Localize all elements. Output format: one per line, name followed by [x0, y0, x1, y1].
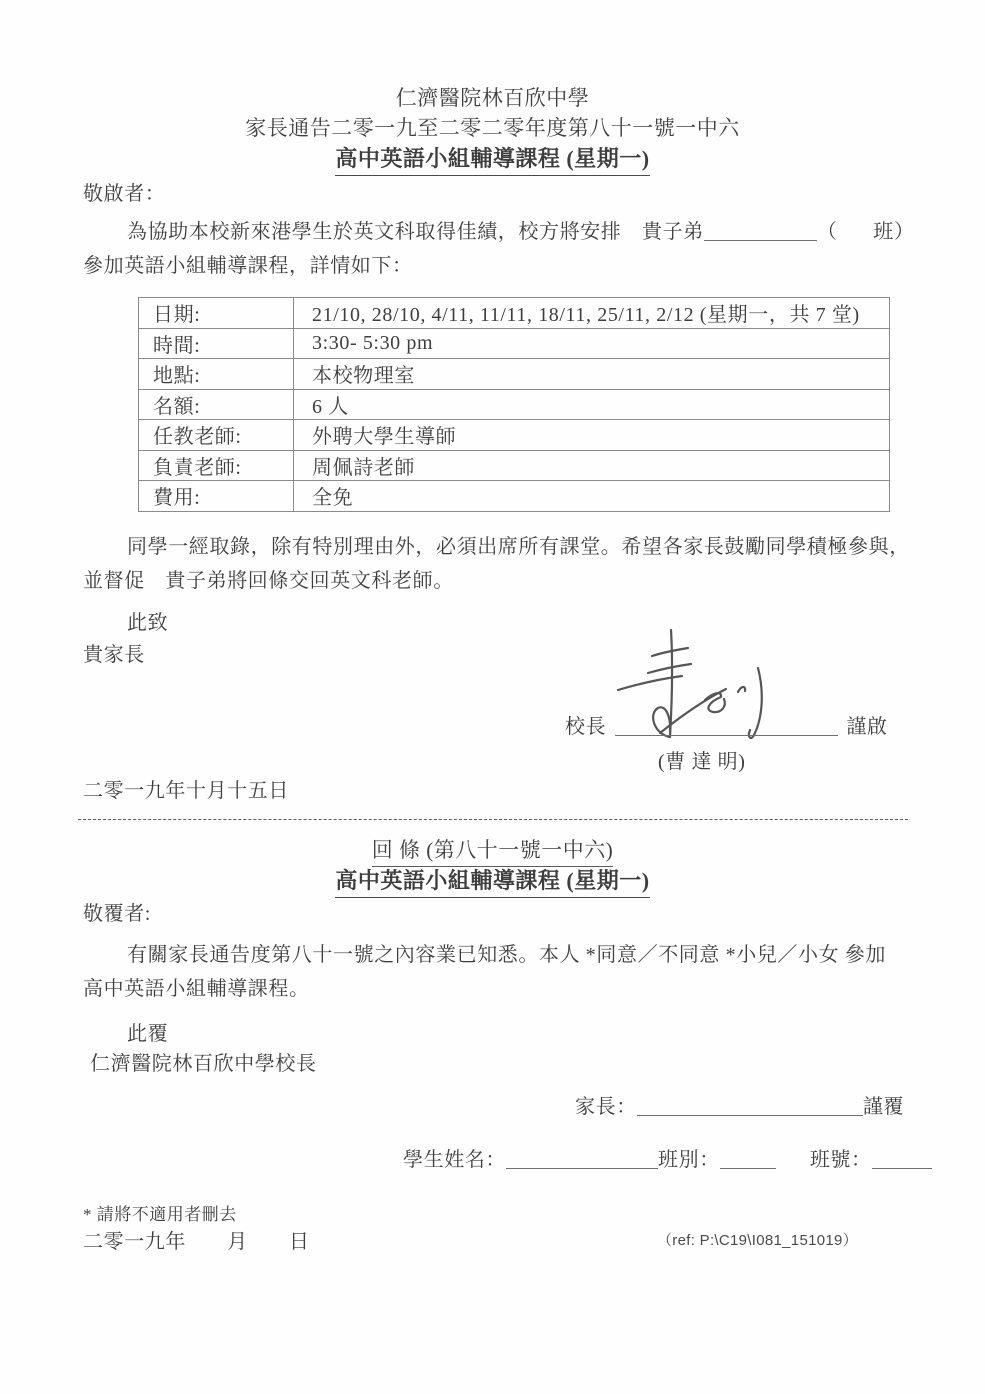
principal-label: 校長	[565, 716, 606, 738]
row-value: 3:30- 5:30 pm	[294, 328, 890, 359]
class-paren-open: （	[817, 221, 838, 243]
notice-para2-line2: 並督促 貴子弟將回條交回英文科老師。	[83, 567, 454, 596]
principal-name: (曹 達 明)	[658, 748, 746, 777]
student-name-blank	[506, 1164, 658, 1169]
reply-slip-title: 回 條 (第八十一號一中六)	[0, 834, 985, 867]
reply-slip-course-title-text: 高中英語小組輔導課程 (星期一)	[335, 864, 649, 898]
student-info-row: 學生姓名：班別：班號：	[403, 1146, 932, 1175]
notice-addressee: 貴家長	[83, 641, 145, 670]
delete-inapplicable-footnote: * 請將不適用者刪去	[83, 1200, 237, 1225]
para1-lead-text: 為協助本校新來港學生於英文科取得佳績，校方將安排 貴子弟	[127, 221, 704, 243]
course-details-table: 日期: 21/10, 28/10, 4/11, 11/11, 18/11, 25…	[138, 297, 890, 512]
table-row-fee: 費用: 全免	[139, 481, 890, 512]
reply-body-line1: 有關家長通告度第八十一號之內容業已知悉。本人 *同意／不同意 *小兒／小女 參加	[83, 941, 923, 970]
class-paren-close: 班）	[873, 221, 914, 243]
notice-para1-line1: 為協助本校新來港學生於英文科取得佳績，校方將安排 貴子弟（班）	[83, 218, 943, 247]
principal-closing: 謹啟	[846, 716, 887, 738]
row-label: 名額:	[139, 389, 294, 420]
reply-body-line2: 高中英語小組輔導課程。	[83, 975, 310, 1004]
notice-course-title: 高中英語小組輔導課程 (星期一)	[0, 142, 985, 176]
scanned-notice-page: 仁濟醫院林百欣中學 家長通告二零一九至二零二零年度第八十一號一中六 高中英語小組…	[0, 0, 985, 1394]
row-value: 6 人	[294, 389, 890, 420]
row-label: 負責老師:	[139, 450, 294, 481]
student-name-label: 學生姓名：	[403, 1149, 506, 1171]
row-value: 外聘大學生導師	[294, 420, 890, 451]
row-label: 費用:	[139, 481, 294, 512]
row-value: 21/10, 28/10, 4/11, 11/11, 18/11, 25/11,…	[294, 298, 890, 329]
reply-addressee: 仁濟醫院林百欣中學校長	[90, 1050, 317, 1079]
table-row-date: 日期: 21/10, 28/10, 4/11, 11/11, 18/11, 25…	[139, 298, 890, 329]
reply-salutation: 敬覆者:	[83, 900, 151, 929]
table-row-quota: 名額: 6 人	[139, 389, 890, 420]
child-name-blank	[704, 236, 817, 241]
table-row-venue: 地點: 本校物理室	[139, 359, 890, 390]
parent-label: 家長：	[575, 1096, 637, 1118]
notice-para1-line2: 參加英語小組輔導課程，詳情如下：	[83, 252, 413, 281]
row-value: 周佩詩老師	[294, 450, 890, 481]
file-reference: （ref: P:\C19\I081_151019）	[657, 1229, 858, 1250]
table-row-teacher-in-charge: 負責老師: 周佩詩老師	[139, 450, 890, 481]
notice-number-line: 家長通告二零一九至二零二零年度第八十一號一中六	[0, 112, 985, 142]
class-number-blank	[872, 1164, 932, 1169]
notice-issue-date: 二零一九年十月十五日	[83, 777, 289, 806]
reply-slip-course-title: 高中英語小組輔導課程 (星期一)	[0, 864, 985, 898]
table-row-time: 時間: 3:30- 5:30 pm	[139, 328, 890, 359]
row-label: 日期:	[139, 298, 294, 329]
principal-signature-line	[615, 731, 838, 736]
row-label: 地點:	[139, 359, 294, 390]
parent-signature-line	[637, 1111, 863, 1116]
parent-signoff-row: 家長：謹覆	[575, 1093, 904, 1122]
row-value: 全免	[294, 481, 890, 512]
notice-course-title-text: 高中英語小組輔導課程 (星期一)	[335, 142, 649, 176]
parent-closing: 謹覆	[863, 1096, 904, 1118]
class-number-label: 班號：	[810, 1149, 872, 1171]
notice-para2-line1: 同學一經取錄，除有特別理由外，必須出席所有課堂。希望各家長鼓勵同學積極參與，	[83, 533, 913, 562]
principal-signoff-row: 校長 謹啟	[565, 713, 888, 742]
table-row-tutor: 任教老師: 外聘大學生導師	[139, 420, 890, 451]
row-label: 時間:	[139, 328, 294, 359]
cut-line-divider	[78, 819, 908, 820]
reply-slip-title-text: 回 條 (第八十一號一中六)	[372, 834, 614, 867]
notice-valediction: 此致	[127, 609, 168, 638]
reply-valediction: 此覆	[127, 1020, 168, 1049]
class-blank	[720, 1164, 776, 1169]
class-label: 班別：	[658, 1149, 720, 1171]
reply-blank-date: 二零一九年 月 日	[83, 1228, 310, 1257]
row-label: 任教老師:	[139, 420, 294, 451]
school-name: 仁濟醫院林百欣中學	[0, 82, 985, 112]
notice-salutation: 敬啟者：	[83, 180, 165, 209]
row-value: 本校物理室	[294, 359, 890, 390]
